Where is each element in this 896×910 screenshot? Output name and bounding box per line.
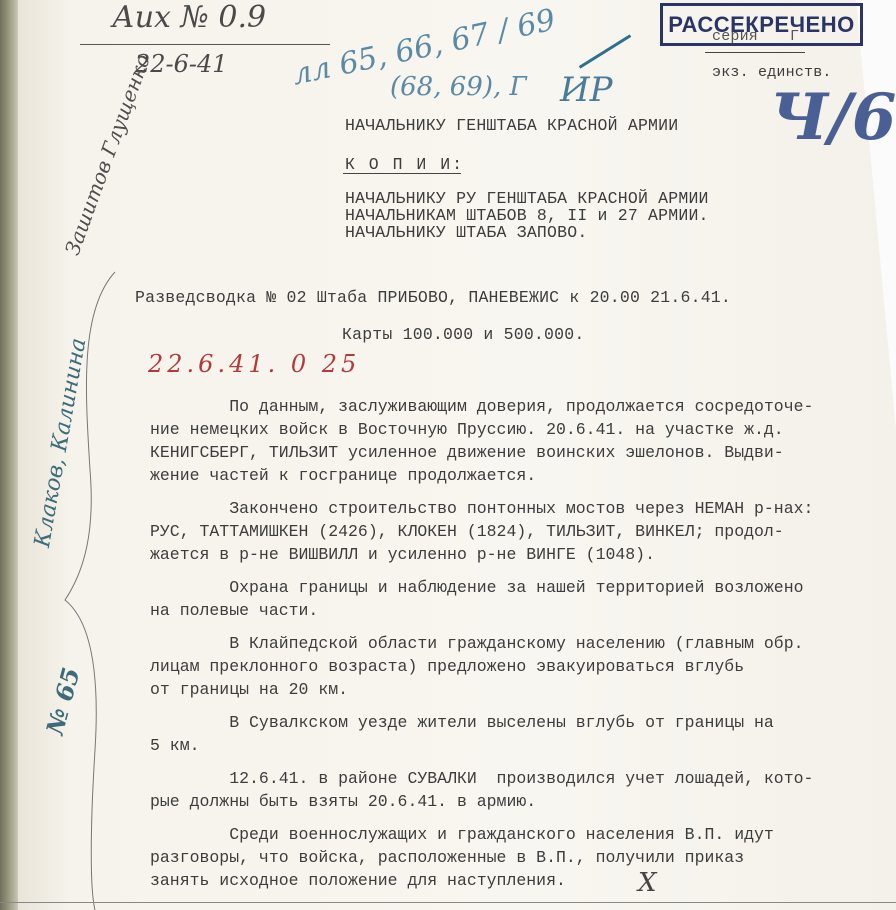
body-line: По данным, заслуживающим доверия, продол… [150, 395, 890, 418]
bottom-fold-line [0, 902, 896, 903]
copy-recipient-1: НАЧАЛЬНИКУ РУ ГЕНШТАБА КРАСНОЙ АРМИИ [345, 190, 709, 207]
body-line: жается в р-не ВИШВИЛЛ и усиленно р-не ВИ… [150, 543, 890, 566]
series-label: серия [712, 28, 758, 45]
copy-recipient-3: НАЧАЛЬНИКУ ШТАБА ЗАПОВО. [345, 224, 587, 241]
body-line: РУС, ТАТТАМИШКЕН (2426), КЛОКЕН (1824), … [150, 520, 890, 543]
body-line: В Сувалкском уезде жители выселены вглуб… [150, 711, 890, 734]
body-line: жение частей к госгранице продолжается. [150, 464, 890, 487]
series-rule [705, 52, 805, 53]
body-line: Среди военнослужащих и гражданского насе… [150, 823, 890, 846]
body-line: Охрана границы и наблюдение за нашей тер… [150, 576, 890, 599]
declassified-stamp: РАССЕКРЕЧЕНО [660, 3, 863, 46]
body-line: разговоры, что войска, расположенные в В… [150, 846, 890, 869]
body-line: Закончено строительство понтонных мостов… [150, 497, 890, 520]
body-line: занять исходное положение для наступлени… [150, 869, 890, 892]
body-line: ние немецких войск в Восточную Пруссию. … [150, 418, 890, 441]
body-line: 12.6.41. в районе СУВАЛКИ производился у… [150, 767, 890, 790]
blue-pencil-line2: (68, 69), Г [390, 72, 527, 102]
body-line: на полевые части. [150, 599, 890, 622]
body-line: В Клайпедской области гражданскому насел… [150, 632, 890, 655]
report-title: Разведсводка № 02 Штаба ПРИБОВО, ПАНЕВЕЖ… [135, 288, 731, 307]
body-line: 5 км. [150, 734, 890, 757]
blue-pencil-initials: ИР [560, 70, 613, 110]
copy-recipient-2: НАЧАЛЬНИКАМ ШТАБОВ 8, II и 27 АРМИИ. [345, 207, 709, 224]
maps-line: Карты 100.000 и 500.000. [342, 325, 584, 344]
binder-edge [0, 0, 18, 910]
copies-heading: К О П И И: [345, 155, 464, 174]
torn-corner [856, 0, 896, 430]
series-value: Г [790, 28, 799, 45]
recipient-main: НАЧАЛЬНИКУ ГЕНШТАБА КРАСНОЙ АРМИИ [345, 116, 678, 135]
red-received-date: 22.6.41. 0 25 [148, 350, 360, 378]
body-line: КЕНИГСБЕРГ, ТИЛЬЗИТ усиленное движение в… [150, 441, 890, 464]
end-mark: X [638, 868, 657, 898]
body-line: лицам преклонного возраста) предложено э… [150, 655, 890, 678]
copies-underline [343, 173, 461, 174]
margin-bracket [60, 270, 120, 910]
handwritten-rule [80, 44, 330, 45]
copy-label: экз. единств. [712, 64, 832, 81]
right-handwritten-mark: Ч/6 [770, 80, 896, 155]
handwritten-number: Аих № 0.9 [112, 0, 266, 35]
body-line: рые должны быть взяты 20.6.41. в армию. [150, 790, 890, 813]
body-line: от границы на 20 км. [150, 678, 890, 701]
